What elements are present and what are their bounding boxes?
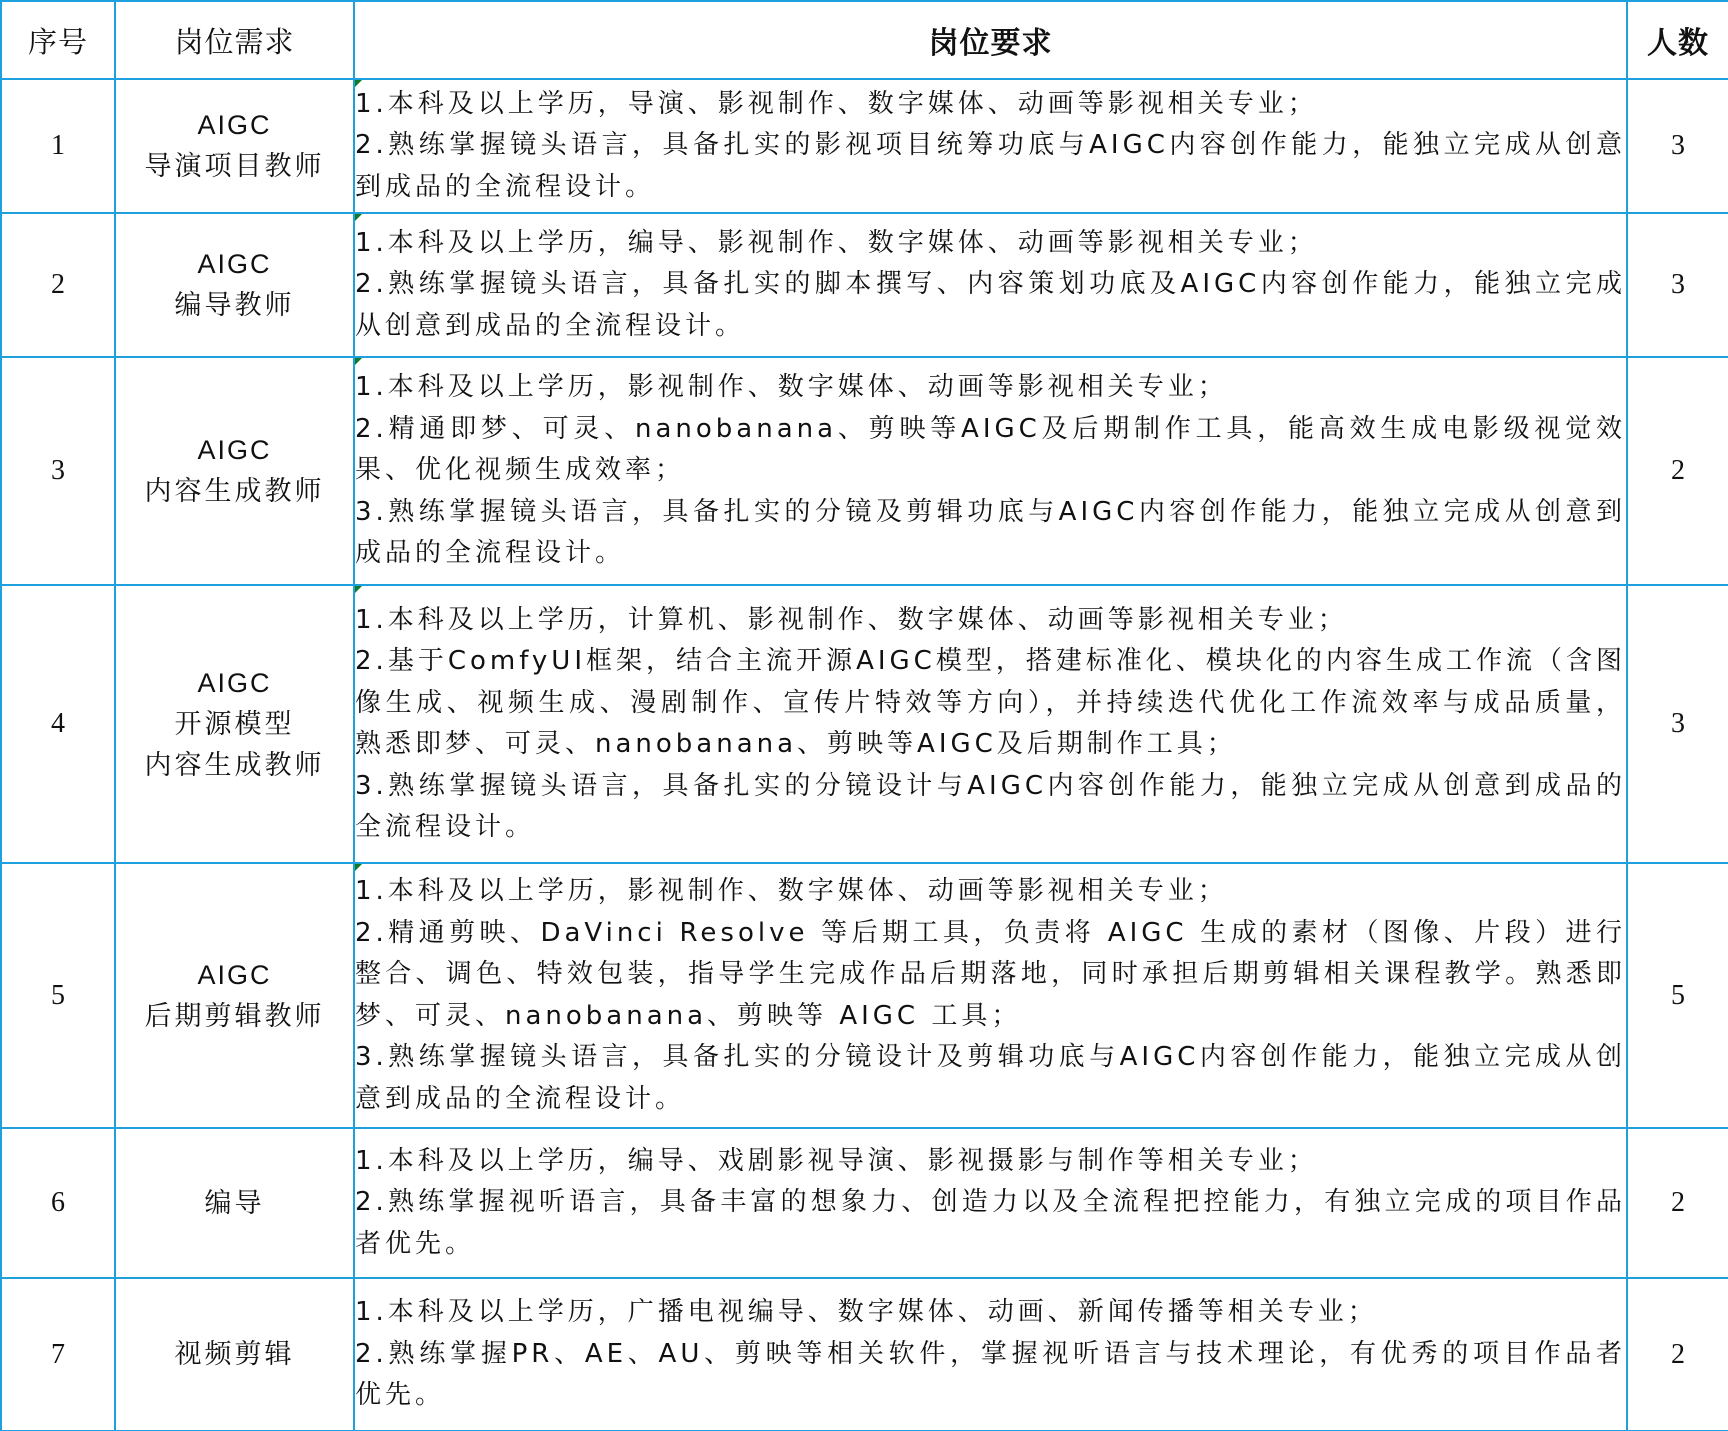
table-header-row: 序号 岗位需求 岗位要求 人数 [1,1,1728,79]
header-count: 人数 [1627,1,1728,79]
requirement-item: 1.本科及以上学历，计算机、影视制作、数字媒体、动画等影视相关专业； [355,600,1626,642]
position-title-line: 开源模型 [116,704,353,745]
position-title: 导演项目教师 [116,146,353,187]
row-position: AIGC 导演项目教师 [115,79,354,213]
table-row: 5 AIGC 后期剪辑教师 1.本科及以上学历，影视制作、数字媒体、动画等影视相… [1,863,1728,1128]
row-count: 3 [1627,213,1728,357]
requirement-item: 1.本科及以上学历，广播电视编导、数字媒体、动画、新闻传播等相关专业； [355,1292,1626,1334]
row-count: 3 [1627,79,1728,213]
row-seq: 1 [1,79,115,213]
position-prefix: AIGC [116,430,353,471]
row-position: AIGC 编导教师 [115,213,354,357]
table-row: 4 AIGC 开源模型 内容生成教师 1.本科及以上学历，计算机、影视制作、数字… [1,585,1728,863]
row-count: 3 [1627,585,1728,863]
requirement-item: 2.熟练掌握镜头语言，具备扎实的影视项目统筹功底与AIGC内容创作能力，能独立完… [355,125,1626,208]
table-row: 1 AIGC 导演项目教师 1.本科及以上学历，导演、影视制作、数字媒体、动画等… [1,79,1728,213]
requirement-item: 2.基于ComfyUI框架，结合主流开源AIGC模型，搭建标准化、模块化的内容生… [355,641,1626,766]
row-position: AIGC 开源模型 内容生成教师 [115,585,354,863]
requirement-item: 1.本科及以上学历，影视制作、数字媒体、动画等影视相关专业； [355,367,1626,409]
table-row: 2 AIGC 编导教师 1.本科及以上学历，编导、影视制作、数字媒体、动画等影视… [1,213,1728,357]
row-position: 编导 [115,1128,354,1278]
row-requirements: 1.本科及以上学历，影视制作、数字媒体、动画等影视相关专业； 2.精通剪映、Da… [354,863,1627,1128]
requirement-item: 3.熟练掌握镜头语言，具备扎实的分镜设计及剪辑功底与AIGC内容创作能力，能独立… [355,1037,1626,1120]
position-title: 内容生成教师 [116,471,353,512]
row-seq: 6 [1,1128,115,1278]
position-title: 后期剪辑教师 [116,996,353,1037]
row-position: AIGC 内容生成教师 [115,357,354,585]
row-requirements: 1.本科及以上学历，影视制作、数字媒体、动画等影视相关专业； 2.精通即梦、可灵… [354,357,1627,585]
requirement-item: 3.熟练掌握镜头语言，具备扎实的分镜设计与AIGC内容创作能力，能独立完成从创意… [355,766,1626,849]
position-prefix: AIGC [116,244,353,285]
row-seq: 4 [1,585,115,863]
requirement-item: 1.本科及以上学历，编导、戏剧影视导演、影视摄影与制作等相关专业； [355,1141,1626,1183]
requirement-item: 2.熟练掌握镜头语言，具备扎实的脚本撰写、内容策划功底及AIGC内容创作能力，能… [355,264,1626,347]
row-count: 2 [1627,357,1728,585]
requirement-item: 1.本科及以上学历，导演、影视制作、数字媒体、动画等影视相关专业； [355,84,1626,126]
requirement-item: 2.熟练掌握视听语言，具备丰富的想象力、创造力以及全流程把控能力，有独立完成的项… [355,1182,1626,1265]
row-seq: 3 [1,357,115,585]
header-seq: 序号 [1,1,115,79]
row-requirements: 1.本科及以上学历，导演、影视制作、数字媒体、动画等影视相关专业； 2.熟练掌握… [354,79,1627,213]
table-row: 6 编导 1.本科及以上学历，编导、戏剧影视导演、影视摄影与制作等相关专业； 2… [1,1128,1728,1278]
cell-marker-icon [355,358,362,365]
row-seq: 2 [1,213,115,357]
requirement-item: 2.精通即梦、可灵、nanobanana、剪映等AIGC及后期制作工具，能高效生… [355,409,1626,492]
header-position: 岗位需求 [115,1,354,79]
position-title: 编导教师 [116,285,353,326]
position-prefix: AIGC [116,955,353,996]
table-row: 3 AIGC 内容生成教师 1.本科及以上学历，影视制作、数字媒体、动画等影视相… [1,357,1728,585]
row-count: 5 [1627,863,1728,1128]
row-position: 视频剪辑 [115,1278,354,1431]
position-title: 视频剪辑 [116,1334,353,1375]
requirement-item: 2.精通剪映、DaVinci Resolve 等后期工具，负责将 AIGC 生成… [355,913,1626,1038]
position-title-line: 内容生成教师 [116,745,353,786]
cell-marker-icon [355,80,362,87]
requirement-item: 3.熟练掌握镜头语言，具备扎实的分镜及剪辑功底与AIGC内容创作能力，能独立完成… [355,492,1626,575]
row-seq: 5 [1,863,115,1128]
row-position: AIGC 后期剪辑教师 [115,863,354,1128]
requirement-item: 1.本科及以上学历，编导、影视制作、数字媒体、动画等影视相关专业； [355,223,1626,265]
row-requirements: 1.本科及以上学历，编导、戏剧影视导演、影视摄影与制作等相关专业； 2.熟练掌握… [354,1128,1627,1278]
requirement-item: 2.熟练掌握PR、AE、AU、剪映等相关软件，掌握视听语言与技术理论，有优秀的项… [355,1334,1626,1417]
row-count: 2 [1627,1128,1728,1278]
cell-marker-icon [355,214,362,221]
position-title: 编导 [116,1183,353,1224]
row-requirements: 1.本科及以上学历，计算机、影视制作、数字媒体、动画等影视相关专业； 2.基于C… [354,585,1627,863]
row-requirements: 1.本科及以上学历，广播电视编导、数字媒体、动画、新闻传播等相关专业； 2.熟练… [354,1278,1627,1431]
header-requirements: 岗位要求 [354,1,1627,79]
cell-marker-icon [355,864,362,871]
row-count: 2 [1627,1278,1728,1431]
position-prefix: AIGC [116,105,353,146]
position-prefix: AIGC [116,663,353,704]
table-row: 7 视频剪辑 1.本科及以上学历，广播电视编导、数字媒体、动画、新闻传播等相关专… [1,1278,1728,1431]
row-seq: 7 [1,1278,115,1431]
row-requirements: 1.本科及以上学历，编导、影视制作、数字媒体、动画等影视相关专业； 2.熟练掌握… [354,213,1627,357]
cell-marker-icon [355,586,362,593]
requirement-item: 1.本科及以上学历，影视制作、数字媒体、动画等影视相关专业； [355,871,1626,913]
job-requirements-table: 序号 岗位需求 岗位要求 人数 1 AIGC 导演项目教师 1.本科及以上学历，… [0,0,1728,1431]
